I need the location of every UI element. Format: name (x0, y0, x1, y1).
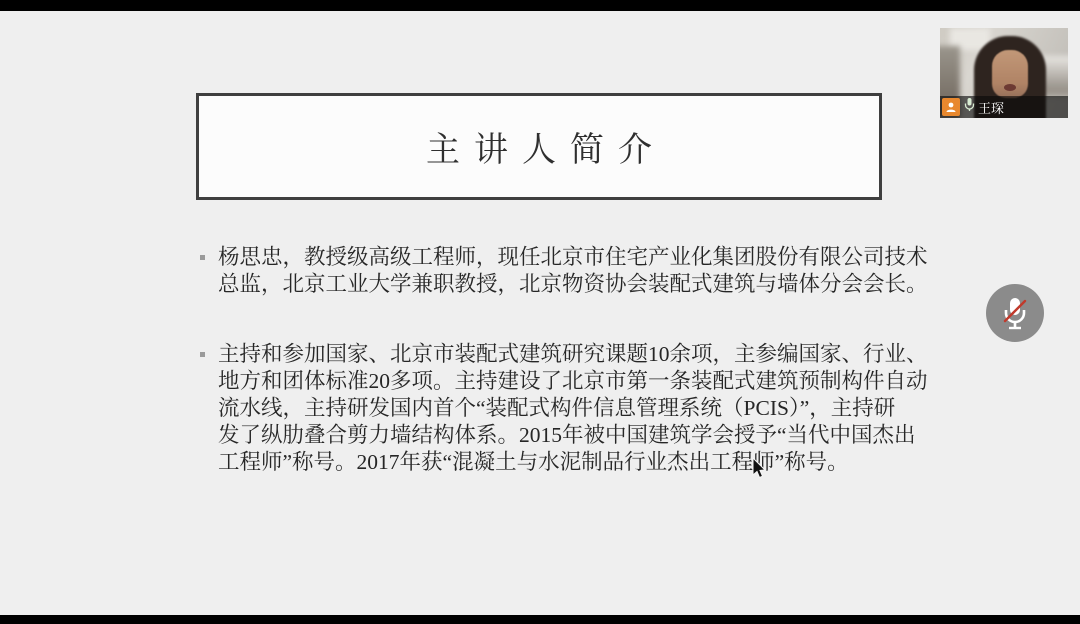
slide-title-box: 主讲人简介 (196, 93, 882, 200)
meeting-window: 主讲人简介 杨思忠，教授级高级工程师，现任北京市住宅产业化集团股份有限公司技术 … (0, 0, 1080, 624)
mic-muted-icon (998, 294, 1032, 332)
bullet-item: 杨思忠，教授级高级工程师，现任北京市住宅产业化集团股份有限公司技术 总监，北京工… (200, 244, 912, 298)
bullet-line: 流水线，主持研发国内首个“装配式构件信息管理系统（PCIS）”，主持研 (218, 395, 928, 422)
presenter-person-icon (942, 98, 960, 116)
bullet-line: 工程师”称号。2017年获“混凝土与水泥制品行业杰出工程师”称号。 (218, 449, 928, 476)
participant-nameplate: 王琛 (940, 96, 1068, 118)
participant-name: 王琛 (978, 98, 1004, 117)
bullet-item: 主持和参加国家、北京市装配式建筑研究课题10余项，主参编国家、行业、 地方和团体… (200, 341, 912, 476)
participant-face (1004, 84, 1016, 91)
bullet-line: 主持和参加国家、北京市装配式建筑研究课题10余项，主参编国家、行业、 (218, 341, 928, 368)
bullet-text: 主持和参加国家、北京市装配式建筑研究课题10余项，主参编国家、行业、 地方和团体… (218, 341, 928, 476)
bullet-line: 总监，北京工业大学兼职教授，北京物资协会装配式建筑与墙体分会会长。 (218, 271, 928, 298)
shared-slide: 主讲人简介 杨思忠，教授级高级工程师，现任北京市住宅产业化集团股份有限公司技术 … (0, 11, 1080, 615)
bullet-line: 发了纵肋叠合剪力墙结构体系。2015年被中国建筑学会授予“当代中国杰出 (218, 422, 928, 449)
bullet-line: 杨思忠，教授级高级工程师，现任北京市住宅产业化集团股份有限公司技术 (218, 244, 928, 271)
bullet-dot-icon (200, 352, 205, 357)
bullet-text: 杨思忠，教授级高级工程师，现任北京市住宅产业化集团股份有限公司技术 总监，北京工… (218, 244, 928, 298)
mic-active-icon (963, 97, 976, 117)
bullet-line: 地方和团体标准20多项。主持建设了北京市第一条装配式建筑预制构件自动 (218, 368, 928, 395)
bullet-dot-icon (200, 255, 205, 260)
mic-mute-button[interactable] (986, 284, 1044, 342)
participant-video-thumbnail[interactable]: 王琛 (940, 28, 1068, 118)
slide-title: 主讲人简介 (412, 122, 666, 171)
